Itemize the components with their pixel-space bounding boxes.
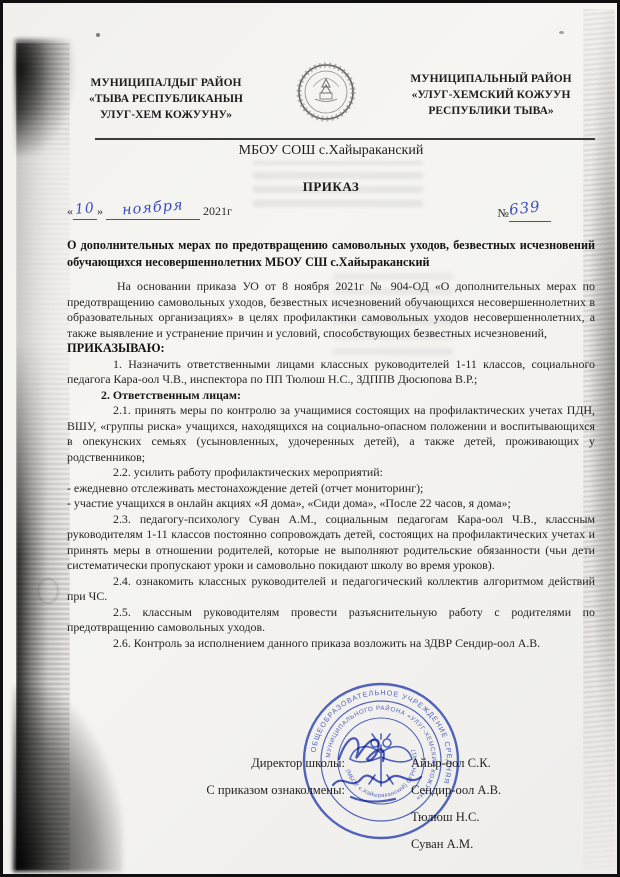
scan-speck [96,33,100,37]
scanned-order-document: МУНИЦИПАЛДЫГ РАЙОН «ТЫВА РЕСПУБЛИКАНЫН У… [0,0,620,877]
org-line: «ТЫВА РЕСПУБЛИКАНЫН [67,91,265,107]
handwritten-number: 639 [508,197,542,219]
quote-close: » [97,204,103,218]
scan-smudge-left-edge [16,43,70,870]
order-year: 2021г [203,204,232,218]
number-label: № [498,206,509,220]
month-blank: ноября [106,203,200,220]
date-number-row: «10» ноября 2021г №639 [67,203,595,222]
org-line: МУНИЦИПАЛЬНЫЙ РАЙОН [387,71,595,87]
order-heading: ПРИКАЗ [67,179,595,195]
scan-speck [559,31,564,34]
order-item-2-4: 2.4. ознакомить классных руководителей и… [67,574,595,605]
order-item-1: 1. Назначить ответственными лицами класс… [67,357,595,388]
order-verb: ПРИКАЗЫВАЮ: [67,341,595,357]
hole-punch-mark [37,578,59,604]
org-name-russian: МУНИЦИПАЛЬНЫЙ РАЙОН «УЛУГ-ХЕМСКИЙ КОЖУУН… [387,59,595,119]
letterhead: МУНИЦИПАЛДЫГ РАЙОН «ТЫВА РЕСПУБЛИКАНЫН У… [67,59,595,125]
day-blank: 10 [73,203,97,220]
document-content: МУНИЦИПАЛДЫГ РАЙОН «ТЫВА РЕСПУБЛИКАНЫН У… [67,59,595,651]
order-intro-paragraph: На основании приказа УО от 8 ноября 2021… [67,279,595,341]
school-name: МБОУ СОШ с.Хайыраканский [67,143,595,159]
order-item-2-6: 2.6. Контроль за исполнением данного при… [67,636,595,652]
order-item-2-3: 2.3. педагогу-психологу Суван А.М., соци… [67,512,595,574]
order-item-dash-2: - участие учащихся в онлайн акциях «Я до… [67,496,595,512]
order-title: О дополнительных мерах по предотвращению… [67,237,595,270]
order-item-2-1: 2.1. принять меры по контролю за учащими… [67,403,595,465]
order-item-2-head: 2. Ответственным лицам: [67,388,595,404]
order-date: «10» ноября 2021г [67,203,232,222]
order-item-2-2: 2.2. усилить работу профилактических мер… [67,465,595,481]
org-line: РЕСПУБЛИКИ ТЫВА» [387,103,595,119]
order-item-2-5: 2.5. классным руководителям провести раз… [67,605,595,636]
header-divider-line [95,138,595,140]
order-number: №639 [498,203,551,222]
org-line: «УЛУГ-ХЕМСКИЙ КОЖУУН [387,87,595,103]
order-item-dash-1: - ежедневно отслеживать местонахождение … [67,481,595,497]
org-line: УЛУГ-ХЕМ КОЖУУНУ» [67,107,265,123]
district-emblem-icon [293,59,359,125]
director-signature-icon [321,721,451,821]
number-blank: 639 [509,203,551,222]
handwritten-month: ноября [122,197,185,218]
org-line: МУНИЦИПАЛДЫГ РАЙОН [67,75,265,91]
handwritten-day: 10 [74,200,95,218]
org-name-tuvan: МУНИЦИПАЛДЫГ РАЙОН «ТЫВА РЕСПУБЛИКАНЫН У… [67,59,265,123]
